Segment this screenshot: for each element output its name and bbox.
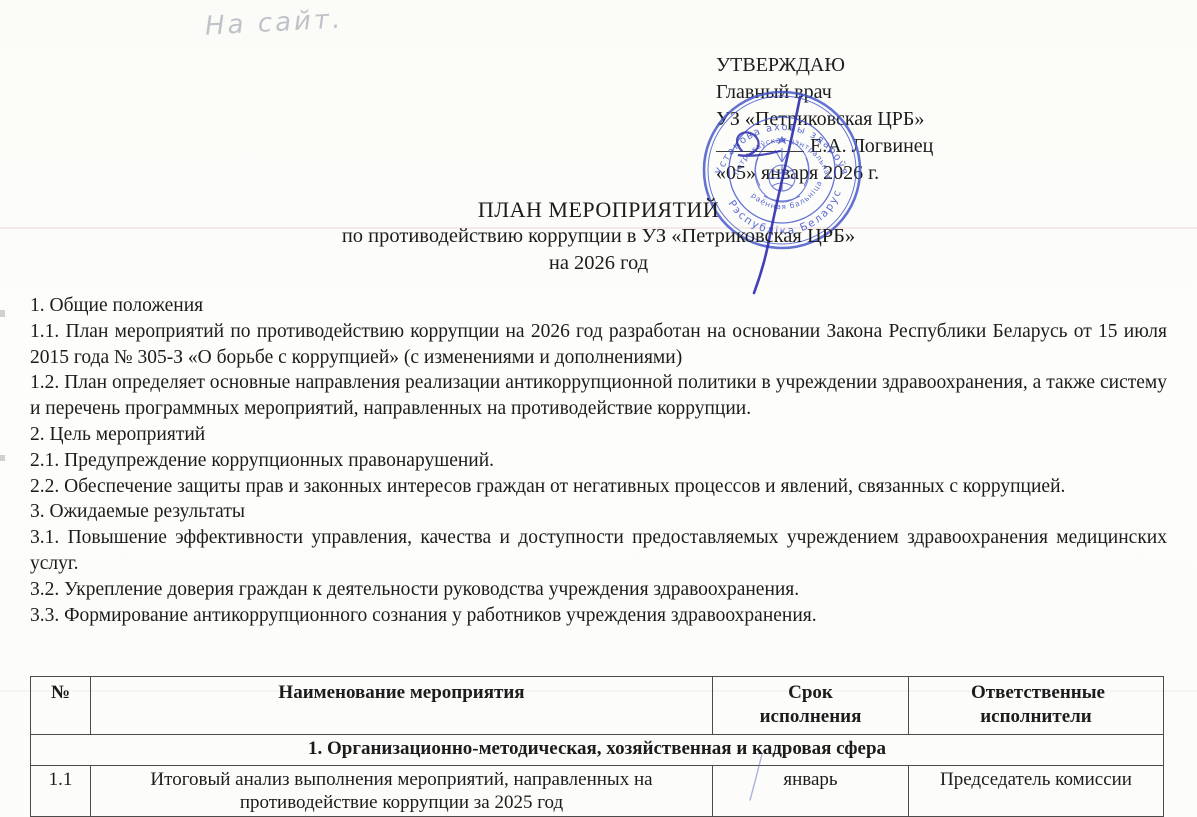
approval-block: УТВЕРЖДАЮ Главный врач УЗ «Петриковская … [716,52,1046,187]
header-responsible: Ответственные исполнители [909,677,1164,735]
paragraph: 1. Общие положения [30,293,1167,319]
measures-plan-table: № Наименование мероприятия Срок исполнен… [30,676,1164,817]
paragraph: 3.1. Повышение эффективности управления,… [30,525,1167,577]
document-body: 1. Общие положения 1.1. План мероприятий… [30,293,1167,628]
signature-underline [716,150,804,152]
paragraph: 3.2. Укрепление доверия граждан к деятел… [30,577,1167,603]
approval-signature-line: Е.А. Логвинец [716,133,1046,160]
row-number: 1.1 [31,766,91,817]
table-header-row: № Наименование мероприятия Срок исполнен… [31,677,1164,735]
paragraph: 1.2. План определяет основные направлени… [30,370,1167,422]
scan-speck [0,455,5,461]
paragraph: 2. Цель мероприятий [30,422,1167,448]
row-term: январь [713,766,909,817]
paragraph: 3.3. Формирование антикоррупционного соз… [30,603,1167,629]
paragraph: 1.1. План мероприятий по противодействию… [30,319,1167,371]
table-row: 1.1 Итоговый анализ выполнения мероприят… [31,766,1164,817]
section-title: 1. Организационно-методическая, хозяйств… [31,735,1164,766]
row-responsible: Председатель комиссии [909,766,1164,817]
title-line-2: по противодействию коррупции в УЗ «Петри… [0,223,1197,250]
row-measure-name: Итоговый анализ выполнения мероприятий, … [91,766,713,817]
paragraph: 2.1. Предупреждение коррупционных правон… [30,448,1167,474]
scanned-document-page: На сайт. УТВЕРЖДАЮ Главный врач УЗ «Петр… [0,0,1197,817]
handwritten-note: На сайт. [204,4,344,41]
header-term: Срок исполнения [713,677,909,735]
scan-speck [0,310,5,317]
approval-word: УТВЕРЖДАЮ [716,52,1046,79]
document-title: ПЛАН МЕРОПРИЯТИЙ по противодействию корр… [0,196,1197,277]
title-line-1: ПЛАН МЕРОПРИЯТИЙ [0,196,1197,223]
approval-organization: УЗ «Петриковская ЦРБ» [716,106,1046,133]
table-section-row: 1. Организационно-методическая, хозяйств… [31,735,1164,766]
header-number: № [31,677,91,735]
approval-position: Главный врач [716,79,1046,106]
paragraph: 3. Ожидаемые результаты [30,499,1167,525]
header-measure-name: Наименование мероприятия [91,677,713,735]
approval-date: «05» января 2026 г. [716,160,1046,187]
paragraph: 2.2. Обеспечение защиты прав и законных … [30,474,1167,500]
title-line-3: на 2026 год [0,250,1197,277]
approver-name: Е.А. Логвинец [810,135,933,157]
